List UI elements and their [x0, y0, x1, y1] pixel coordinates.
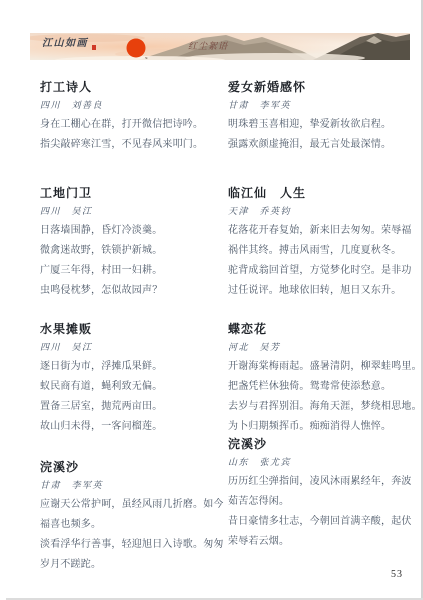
banner-calligraphy-center: 红尘絮语 — [188, 43, 228, 52]
poem-line: 强露欢颜虚掩泪，最无言处最深情。 — [228, 135, 423, 155]
poem-line: 历历红尘弹指间，凌风沐雨累经年，奔波 — [228, 472, 423, 492]
poem-author: 甘肃 李军英 — [228, 100, 423, 112]
poem-body: 花落花开春复始，新来旧去匆匆。荣辱福 祸伴其终。搏击风雨雪，几度夏秋冬。 驼背成… — [228, 221, 423, 301]
poem-line: 淡看浮华行善事，轻迎旭日入诗歌。匆匆 — [40, 535, 218, 555]
poem-line: 置备三居室，抛荒两亩田。 — [40, 397, 218, 417]
poem-author: 四川 吴江 — [40, 342, 218, 354]
poem-author: 甘肃 李军英 — [40, 480, 218, 492]
poem-line: 广厦三年得，村田一妇耕。 — [40, 261, 218, 281]
poem-line: 虫鸣侵枕梦，怎似故园声？ — [40, 281, 218, 301]
poem-body: 开谢海棠梅雨起。盛暑清阴，柳翠蛙鸣里。 把盏凭栏休独倚。鸳鸯常使添愁意。 去岁与… — [228, 357, 423, 437]
poem-line: 蚁民商有道，蝇利致无偏。 — [40, 377, 218, 397]
poem-line: 明珠碧玉喜相迎，挚爱新妆欲启程。 — [228, 115, 423, 135]
poem-body: 应谢天公常护呵，虽经风雨几折磨。如今 福喜也频多。 淡看浮华行善事，轻迎旭日入诗… — [40, 495, 218, 575]
poem-author: 天津 乔英钧 — [228, 206, 423, 218]
poem-line: 微禽迷故野，铁锁护新城。 — [40, 241, 218, 261]
poem-line: 把盏凭栏休独倚。鸳鸯常使添愁意。 — [228, 377, 423, 397]
poem-line: 荣辱若云烟。 — [228, 532, 423, 552]
poem-line: 逐日街为市，浮摊瓜果鲜。 — [40, 357, 218, 377]
poem-title: 临江仙 人生 — [228, 186, 423, 200]
seal-stamp-icon — [92, 45, 96, 50]
poem-title: 水果摊贩 — [40, 322, 218, 336]
poem-line: 开谢海棠梅雨起。盛暑清阴，柳翠蛙鸣里。 — [228, 357, 423, 377]
poem-line: 茹苦怎得闲。 — [228, 492, 423, 512]
poem-dielianhua: 蝶恋花 河北 吴芳 开谢海棠梅雨起。盛暑清阴，柳翠蛙鸣里。 把盏凭栏休独倚。鸳鸯… — [228, 322, 423, 437]
poem-author: 四川 刘善良 — [40, 100, 218, 112]
banner-calligraphy-left: 江山如画 — [42, 39, 88, 49]
poem-ainv-xinhun: 爱女新婚感怀 甘肃 李军英 明珠碧玉喜相迎，挚爱新妆欲启程。 强露欢颜虚掩泪，最… — [228, 80, 423, 155]
scanned-poetry-page: 江山如画 红尘絮语 打工诗人 四川 刘善良 身在工棚心在群，打开微信把诗吟。 指… — [0, 0, 423, 600]
poem-line: 昔日豪情多壮志，今朝回首满辛酸，起伏 — [228, 512, 423, 532]
poem-linjiangxian-rensheng: 临江仙 人生 天津 乔英钧 花落花开春复始，新来旧去匆匆。荣辱福 祸伴其终。搏击… — [228, 186, 423, 301]
poem-line: 花落花开春复始，新来旧去匆匆。荣辱福 — [228, 221, 423, 241]
poem-line: 祸伴其终。搏击风雨雪，几度夏秋冬。 — [228, 241, 423, 261]
page-number: 53 — [391, 569, 403, 580]
poem-shuiguo-tanfan: 水果摊贩 四川 吴江 逐日街为市，浮摊瓜果鲜。 蚁民商有道，蝇利致无偏。 置备三… — [40, 322, 218, 437]
poem-line: 过任说评。地球依旧转，旭日又东升。 — [228, 281, 423, 301]
poem-title: 打工诗人 — [40, 80, 218, 94]
poem-line: 指尖敲碎寒江雪，不见春风来叩门。 — [40, 135, 218, 155]
poem-title: 浣溪沙 — [228, 437, 423, 451]
poem-line: 为卜归期频挥币。痴痴消得人憔悴。 — [228, 417, 423, 437]
poem-author: 河北 吴芳 — [228, 342, 423, 354]
poem-author: 山东 张尤宾 — [228, 457, 423, 469]
poem-title: 爱女新婚感怀 — [228, 80, 423, 94]
poem-body: 历历红尘弹指间，凌风沐雨累经年，奔波 茹苦怎得闲。 昔日豪情多壮志，今朝回首满辛… — [228, 472, 423, 552]
poem-title: 浣溪沙 — [40, 460, 218, 474]
poem-line: 故山归未得，一客问榴莲。 — [40, 417, 218, 437]
poem-dagong-shiren: 打工诗人 四川 刘善良 身在工棚心在群，打开微信把诗吟。 指尖敲碎寒江雪，不见春… — [40, 80, 218, 155]
red-sun — [127, 39, 146, 58]
poem-huanxisha-right: 浣溪沙 山东 张尤宾 历历红尘弹指间，凌风沐雨累经年，奔波 茹苦怎得闲。 昔日豪… — [228, 437, 423, 552]
poem-line: 去岁与君挥别泪。海角天涯，梦绕相思地。 — [228, 397, 423, 417]
poem-gongdi-menwei: 工地门卫 四川 吴江 日落墙围静，昏灯冷淡羹。 微禽迷故野，铁锁护新城。 广厦三… — [40, 186, 218, 301]
poem-body: 日落墙围静，昏灯冷淡羹。 微禽迷故野，铁锁护新城。 广厦三年得，村田一妇耕。 虫… — [40, 221, 218, 301]
poem-body: 身在工棚心在群，打开微信把诗吟。 指尖敲碎寒江雪，不见春风来叩门。 — [40, 115, 218, 155]
poem-body: 明珠碧玉喜相迎，挚爱新妆欲启程。 强露欢颜虚掩泪，最无言处最深情。 — [228, 115, 423, 155]
poem-line: 岁月不蹉跎。 — [40, 555, 218, 575]
poem-huanxisha-left: 浣溪沙 甘肃 李军英 应谢天公常护呵，虽经风雨几折磨。如今 福喜也频多。 淡看浮… — [40, 460, 218, 575]
poem-title: 工地门卫 — [40, 186, 218, 200]
poem-body: 逐日街为市，浮摊瓜果鲜。 蚁民商有道，蝇利致无偏。 置备三居室，抛荒两亩田。 故… — [40, 357, 218, 437]
poem-line: 福喜也频多。 — [40, 515, 218, 535]
landscape-banner: 江山如画 红尘絮语 — [30, 33, 410, 60]
poem-line: 身在工棚心在群，打开微信把诗吟。 — [40, 115, 218, 135]
poem-title: 蝶恋花 — [228, 322, 423, 336]
poem-author: 四川 吴江 — [40, 206, 218, 218]
poem-line: 应谢天公常护呵，虽经风雨几折磨。如今 — [40, 495, 218, 515]
poem-line: 日落墙围静，昏灯冷淡羹。 — [40, 221, 218, 241]
poem-line: 驼背成翁回首望，方觉梦化时空。是非功 — [228, 261, 423, 281]
